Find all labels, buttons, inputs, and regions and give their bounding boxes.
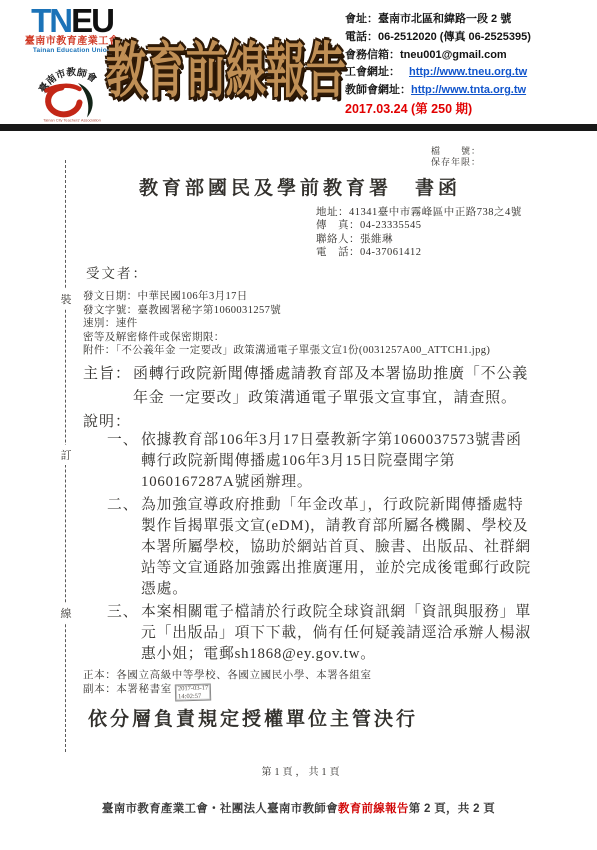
tneu-logo-tn: TN	[31, 2, 71, 39]
newsletter-footer: 臺南市教育產業工會・社團法人臺南市教師會教育前線報告第 2 頁，共 2 頁	[0, 800, 597, 816]
agency-address: 地址：41341臺中市霧峰區中正路738之4號	[316, 206, 522, 219]
item-marker: 一、	[107, 430, 141, 493]
union-website-link[interactable]: http://www.tneu.org.tw	[409, 66, 527, 78]
subject-label: 主旨：	[83, 362, 133, 410]
binding-mark-ding: 訂	[59, 445, 73, 465]
copy-recipients-line: 副本：本署秘書室	[83, 683, 172, 697]
list-item: 二、 為加強宣導政府推動「年金改革」，行政院新聞傳播處特製作旨揭單張文宣(eDM…	[107, 495, 531, 600]
contact-block: 會址：臺南市北區和緯路一段 2 號 電話：06-2512020 (傳真 06-2…	[345, 11, 595, 119]
speed-line: 速別：速件	[83, 317, 490, 331]
binding-mark-zhuang: 裝	[59, 289, 73, 309]
issue-date-line: 發文日期：中華民國106年3月17日	[83, 290, 490, 304]
letter-page-number: 第1頁，共1頁	[90, 763, 514, 778]
header-divider-bar	[0, 124, 597, 131]
retention-label: 保存年限：	[431, 157, 481, 168]
letter-title: 教育部國民及學前教育署 書函	[88, 173, 512, 200]
file-number-block: 檔 號： 保存年限：	[431, 146, 481, 168]
agency-fax: 傳 真：04-23335545	[316, 219, 522, 232]
subject-row: 主旨： 函轉行政院新聞傳播處請教育部及本署協助推廣「不公義年金 一定要改」政策溝…	[83, 362, 548, 410]
teachers-website-line: 教師會網址：http://www.tnta.org.tw	[345, 82, 595, 100]
union-address: 會址：臺南市北區和緯路一段 2 號	[345, 11, 595, 29]
teachers-association-english: Tainan City Teachers' Association	[43, 117, 101, 122]
item-text: 為加強宣導政府推動「年金改革」，行政院新聞傳播處特製作旨揭單張文宣(eDM)，請…	[141, 495, 531, 600]
subject-text: 函轉行政院新聞傳播處請教育部及本署協助推廣「不公義年金 一定要改」政策溝通電子單…	[133, 362, 538, 410]
union-website-line: 工會網址：http://www.tneu.org.tw	[345, 64, 595, 82]
union-email: 會務信箱：tneu001@gmail.com	[345, 47, 595, 65]
agency-address-block: 地址：41341臺中市霧峰區中正路738之4號 傳 真：04-23335545 …	[316, 206, 522, 259]
union-website-label: 工會網址：	[345, 66, 400, 78]
recipient-label: 受文者：	[86, 262, 148, 282]
agency-phone: 電 話：04-37061412	[316, 246, 522, 259]
item-marker: 二、	[107, 495, 141, 600]
letter-meta-block: 發文日期：中華民國106年3月17日 發文字號：臺教國署秘字第106003125…	[83, 290, 490, 358]
item-text: 本案相關電子檔請於行政院全球資訊網「資訊與服務」單元「出版品」項下下載，倘有任何…	[141, 602, 531, 665]
teachers-website-link[interactable]: http://www.tnta.org.tw	[411, 84, 526, 96]
attachment-line: 附件：「不公義年金 一定要改」政策溝通電子單張文宣1份(0031257A00_A…	[83, 344, 490, 358]
stamp-date: 2017-03-17	[178, 684, 209, 692]
copy-recipients-row: 副本：本署秘書室 2017-03-17 14:02:57	[83, 683, 372, 701]
issue-date: 2017.03.24 (第 250 期)	[345, 101, 595, 119]
doc-number-line: 發文字號：臺教國署秘字第1060031257號	[83, 304, 490, 318]
list-item: 三、 本案相關電子檔請於行政院全球資訊網「資訊與服務」單元「出版品」項下下載，倘…	[107, 602, 531, 665]
stamp-time: 14:02:57	[178, 692, 201, 700]
footer-newsletter-name: 教育前線報告	[338, 803, 409, 815]
copies-block: 正本：各國立高級中等學校、各國立國民小學、本署各組室 副本：本署秘書室 2017…	[83, 669, 372, 701]
explanation-items: 一、 依據教育部106年3月17日臺教新字第1060037573號書函轉行政院新…	[107, 430, 531, 667]
binding-mark-xian: 線	[59, 603, 73, 623]
list-item: 一、 依據教育部106年3月17日臺教新字第1060037573號書函轉行政院新…	[107, 430, 531, 493]
agency-contact-person: 聯絡人：張維琳	[316, 233, 522, 246]
newsletter-title: 教育前線報告	[106, 24, 346, 110]
footer-page-number: 第 2 頁，共 2 頁	[409, 803, 495, 815]
item-text: 依據教育部106年3月17日臺教新字第1060037573號書函轉行政院新聞傳播…	[141, 430, 531, 493]
teachers-website-label: 教師會網址：	[345, 84, 411, 96]
explanation-label: 說明：	[83, 410, 131, 431]
footer-organizations: 臺南市教育產業工會・社團法人臺南市教師會	[102, 803, 338, 815]
secrecy-line: 密等及解密條件或保密期限：	[83, 331, 490, 345]
logo-red-swoosh	[48, 88, 79, 115]
item-marker: 三、	[107, 602, 141, 665]
file-number-label: 檔 號：	[431, 146, 481, 157]
union-phone: 電話：06-2512020 (傳真 06-2525395)	[345, 29, 595, 47]
original-recipients-line: 正本：各國立高級中等學校、各國立國民小學、本署各組室	[83, 669, 372, 683]
authorization-line: 依分層負責規定授權單位主管決行	[88, 704, 418, 731]
timestamp-stamp: 2017-03-17 14:02:57	[175, 683, 212, 701]
